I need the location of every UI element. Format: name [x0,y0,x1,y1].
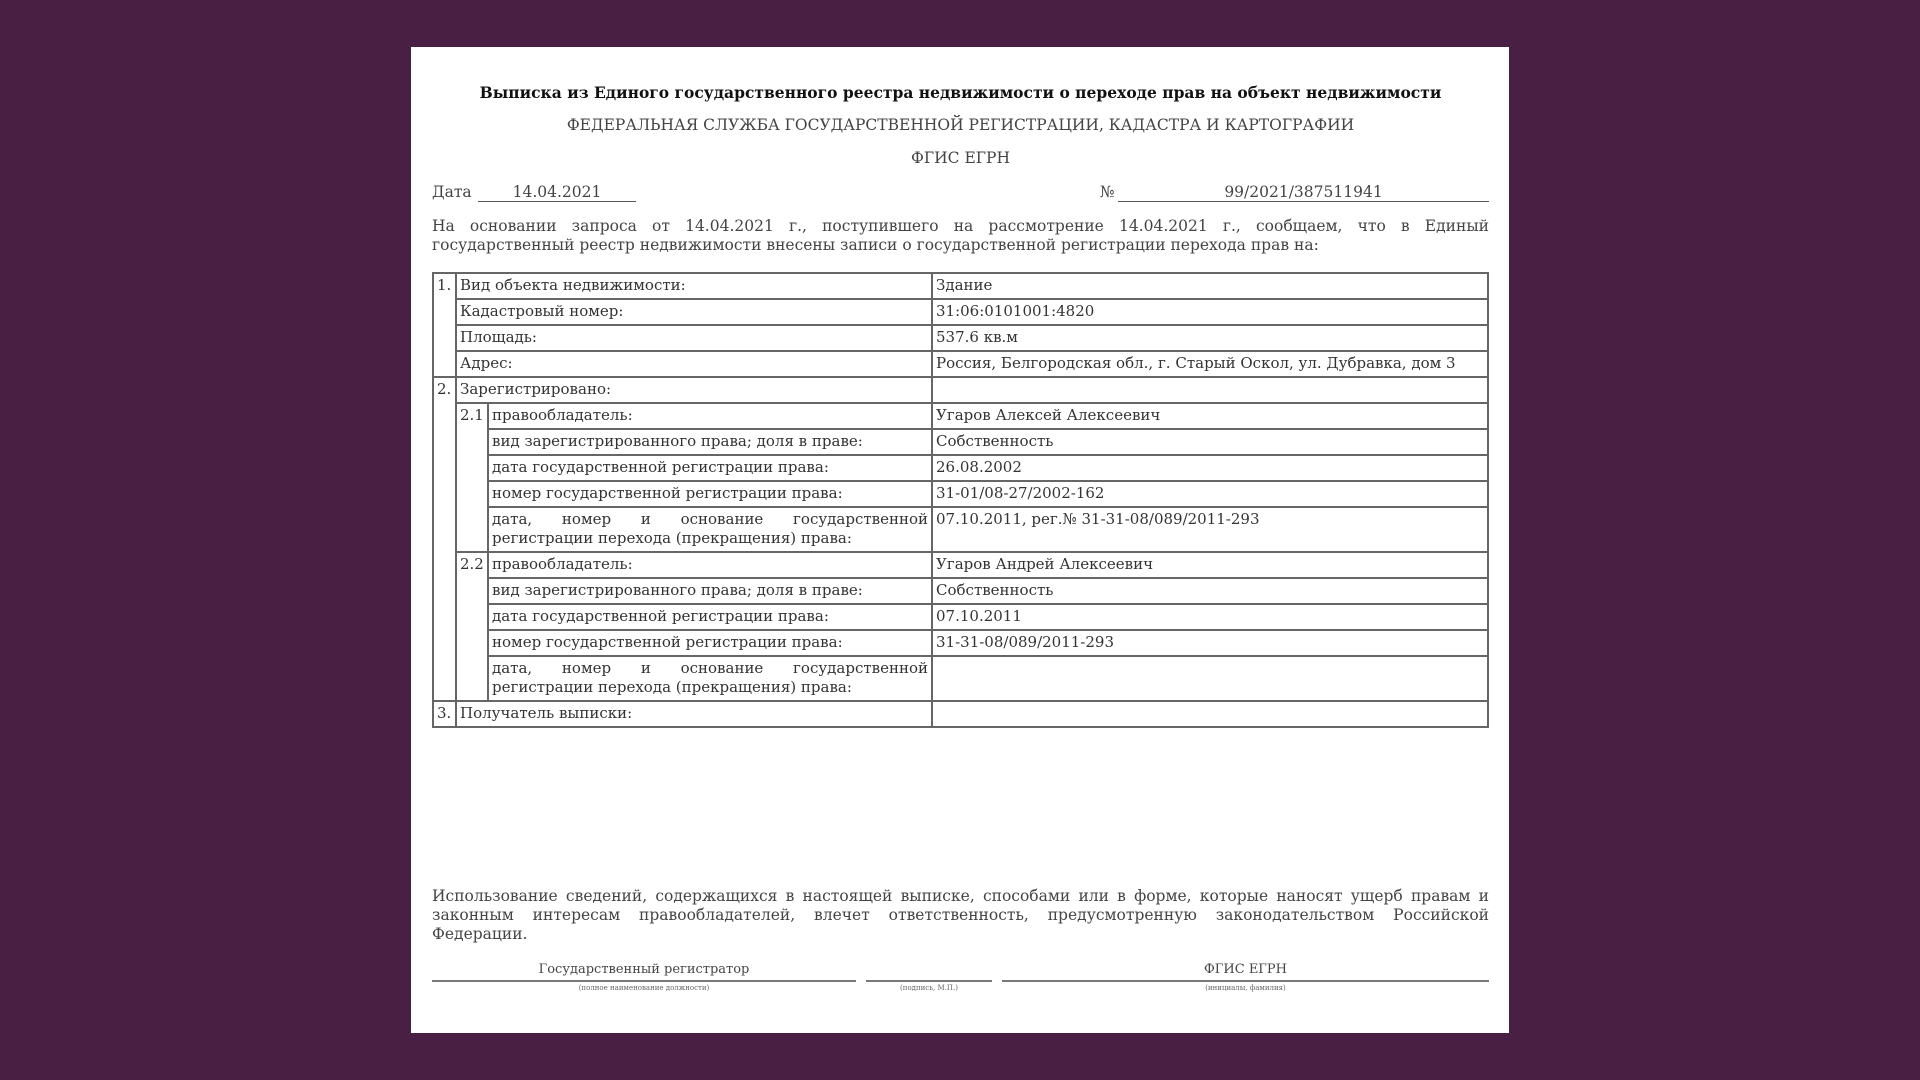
intro-paragraph: На основании запроса от 14.04.2021 г., п… [432,217,1489,255]
row-value: 31-01/08-27/2002-162 [932,481,1488,507]
section-number: 3. [433,701,456,727]
row-label: вид зарегистрированного права; доля в пр… [488,429,932,455]
row-label: дата государственной регистрации права: [488,455,932,481]
number-value: 99/2021/387511941 [1118,183,1489,202]
table-row: вид зарегистрированного права; доля в пр… [433,578,1488,604]
table-row: дата государственной регистрации права: … [433,604,1488,630]
subsection-number: 2.2 [456,552,488,701]
table-row: 2. Зарегистрировано: [433,377,1488,403]
row-value: Здание [932,273,1488,299]
row-label: Кадастровый номер: [456,299,932,325]
name-line: ФГИС ЕГРН [1002,962,1489,982]
row-value: 31:06:0101001:4820 [932,299,1488,325]
row-label: вид зарегистрированного права; доля в пр… [488,578,932,604]
number-label: № [1100,183,1115,201]
name-caption: (инициалы, фамилия) [1002,984,1489,992]
table-row: Площадь: 537.6 кв.м [433,325,1488,351]
agency-name: ФЕДЕРАЛЬНАЯ СЛУЖБА ГОСУДАРСТВЕННОЙ РЕГИС… [432,116,1489,134]
row-value: Россия, Белгородская обл., г. Старый Оск… [932,351,1488,377]
table-row: Кадастровый номер: 31:06:0101001:4820 [433,299,1488,325]
signature-line [866,962,992,982]
signature-block: Государственный регистратор (полное наим… [432,962,1489,1002]
position-text: Государственный регистратор [539,962,750,977]
system-name: ФГИС ЕГРН [432,149,1489,167]
subsection-number: 2.1 [456,403,488,552]
table-row: 2.2 правообладатель: Угаров Андрей Алекс… [433,552,1488,578]
row-value: 537.6 кв.м [932,325,1488,351]
row-label: Вид объекта недвижимости: [456,273,932,299]
date-label: Дата [432,183,472,201]
document-page: Выписка из Единого государственного реес… [411,47,1509,1033]
table-row: дата государственной регистрации права: … [433,455,1488,481]
section-number: 2. [433,377,456,701]
table-row: вид зарегистрированного права; доля в пр… [433,429,1488,455]
date-number-row: Дата 14.04.2021 № 99/2021/387511941 [432,183,1489,205]
row-value: Угаров Алексей Алексеевич [932,403,1488,429]
row-value: 26.08.2002 [932,455,1488,481]
document-title: Выписка из Единого государственного реес… [432,83,1489,102]
row-value: Собственность [932,578,1488,604]
table-row: дата, номер и основание государственной … [433,507,1488,552]
row-label: Площадь: [456,325,932,351]
row-label: Получатель выписки: [456,701,932,727]
row-value: 07.10.2011 [932,604,1488,630]
row-label: номер государственной регистрации права: [488,481,932,507]
table-row: дата, номер и основание государственной … [433,656,1488,701]
row-value [932,656,1488,701]
table-row: номер государственной регистрации права:… [433,630,1488,656]
row-label: правообладатель: [488,552,932,578]
row-value [932,701,1488,727]
signature-caption: (подпись, М.П.) [866,984,992,992]
table-row: номер государственной регистрации права:… [433,481,1488,507]
row-value: 07.10.2011, рег.№ 31-31-08/089/2011-293 [932,507,1488,552]
name-text: ФГИС ЕГРН [1204,962,1287,977]
table-row: 2.1 правообладатель: Угаров Алексей Алек… [433,403,1488,429]
row-value: Собственность [932,429,1488,455]
table-row: 1. Вид объекта недвижимости: Здание [433,273,1488,299]
row-label: дата, номер и основание государственной … [488,507,932,552]
row-value: Угаров Андрей Алексеевич [932,552,1488,578]
table-row: 3. Получатель выписки: [433,701,1488,727]
row-value: 31-31-08/089/2011-293 [932,630,1488,656]
row-label: правообладатель: [488,403,932,429]
row-label: дата, номер и основание государственной … [488,656,932,701]
row-label: номер государственной регистрации права: [488,630,932,656]
section-number: 1. [433,273,456,377]
table-row: Адрес: Россия, Белгородская обл., г. Ста… [433,351,1488,377]
date-value: 14.04.2021 [478,183,636,202]
position-line: Государственный регистратор [432,962,856,982]
row-value [932,377,1488,403]
row-label: Зарегистрировано: [456,377,932,403]
row-label: дата государственной регистрации права: [488,604,932,630]
position-caption: (полное наименование должности) [432,984,856,992]
row-label: Адрес: [456,351,932,377]
registry-table: 1. Вид объекта недвижимости: Здание Када… [432,272,1489,728]
liability-note: Использование сведений, содержащихся в н… [432,887,1489,944]
